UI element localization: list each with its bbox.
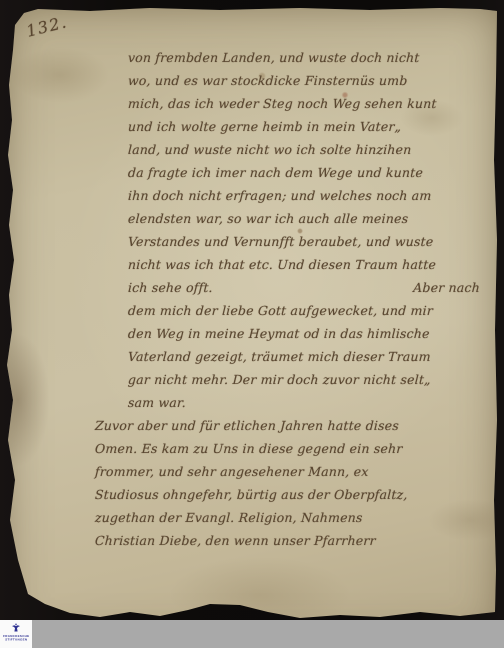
text-line: mich, das ich weder Steg noch Weg sehen … [127, 92, 480, 115]
eagle-sun-emblem-icon [11, 622, 21, 634]
text-line-left: ich sehe offt. [127, 276, 213, 299]
text-line: da fragte ich imer nach dem Wege und kun… [127, 161, 480, 184]
page-number: 132. [24, 12, 69, 41]
text-line: sam war. [127, 391, 480, 414]
text-line: Studiosus ohngefehr, bürtig aus der Ober… [94, 483, 483, 506]
paragraph-1: von frembden Landen, und wuste doch nich… [128, 46, 480, 414]
manuscript-page: 132. von frembden Landen, und wuste doch… [0, 0, 504, 648]
text-line: Christian Diebe, den wenn unser Pfarrher… [94, 529, 483, 552]
watermark-footer: FRANCKESCHE STIFTUNGEN [0, 620, 504, 648]
text-line: Verstandes und Vernunfft beraubet, und w… [127, 230, 480, 253]
text-line: und ich wolte gerne heimb in mein Vater„ [127, 115, 480, 138]
paragraph-2: Zuvor aber und für etlichen Jahren hatte… [95, 414, 483, 552]
footer-bar [32, 620, 504, 648]
manuscript-text: von frembden Landen, und wuste doch nich… [0, 46, 504, 552]
text-line: ihn doch nicht erfragen; und welches noc… [127, 184, 480, 207]
text-line: land, und wuste nicht wo ich solte hinzi… [127, 138, 480, 161]
text-line: nicht was ich that etc. Und diesen Traum… [127, 253, 480, 276]
watermark-text: FRANCKESCHE STIFTUNGEN [3, 635, 29, 642]
watermark-text-line2: STIFTUNGEN [3, 639, 29, 643]
text-line: zugethan der Evangl. Religion, Nahmens [94, 506, 483, 529]
text-line-right: Aber nach [413, 276, 481, 299]
text-line: frommer, und sehr angesehener Mann, ex [94, 460, 483, 483]
text-line: Omen. Es kam zu Uns in diese gegend ein … [94, 437, 483, 460]
text-line: dem mich der liebe Gott aufgewecket, und… [127, 299, 480, 322]
text-line: Vaterland gezeigt, träumet mich dieser T… [127, 345, 480, 368]
text-line: gar nicht mehr. Der mir doch zuvor nicht… [127, 368, 480, 391]
scan-background: 132. von frembden Landen, und wuste doch… [0, 0, 504, 648]
text-line: ich sehe offt. Aber nach [127, 276, 480, 299]
text-line: Zuvor aber und für etlichen Jahren hatte… [94, 414, 483, 437]
text-line: den Weg in meine Heymat od in das himlis… [127, 322, 480, 345]
text-line: von frembden Landen, und wuste doch nich… [127, 46, 480, 69]
watermark-logo-box: FRANCKESCHE STIFTUNGEN [0, 620, 32, 648]
text-line: elendsten war, so war ich auch alle mein… [127, 207, 480, 230]
text-line: wo, und es war stockdicke Finsternüs umb [127, 69, 480, 92]
